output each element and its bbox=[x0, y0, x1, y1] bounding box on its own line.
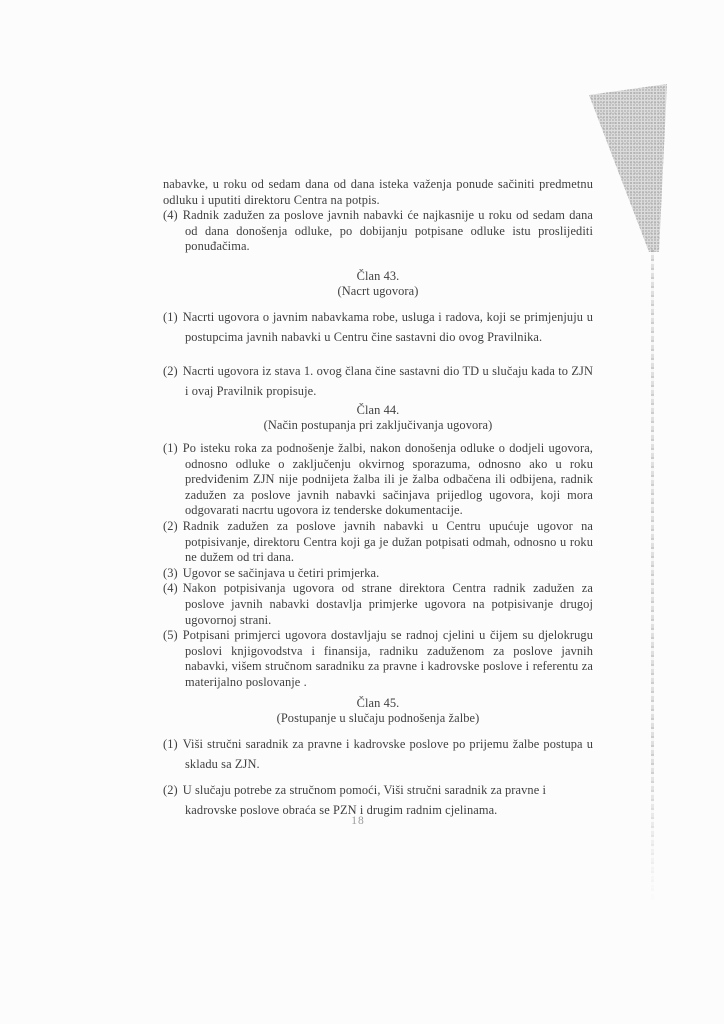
page-number: 18 bbox=[340, 815, 376, 827]
list-item: (1)Po isteku roka za podnošenje žalbi, n… bbox=[163, 441, 593, 519]
article-heading: Član 43. (Nacrt ugovora) bbox=[163, 269, 593, 299]
scan-crease-line bbox=[651, 250, 654, 905]
item-text: Po isteku roka za podnošenje žalbi, nako… bbox=[183, 441, 593, 517]
item-marker: (4) bbox=[163, 581, 183, 595]
list-item: (4)Nakon potpisivanja ugovora od strane … bbox=[163, 581, 593, 628]
list-item: (5)Potpisani primjerci ugovora dostavlja… bbox=[163, 628, 593, 690]
list-item: (2)U slučaju potrebe za stručnom pomoći,… bbox=[163, 780, 593, 820]
list-item: (4)Radnik zadužen za poslove javnih naba… bbox=[163, 208, 593, 255]
item-marker: (3) bbox=[163, 566, 183, 580]
item-marker: (5) bbox=[163, 628, 183, 642]
article-title: Član 43. bbox=[163, 269, 593, 284]
article-title: Član 44. bbox=[163, 403, 593, 418]
list-item: (1)Nacrti ugovora o javnim nabavkama rob… bbox=[163, 307, 593, 347]
article-subtitle: (Nacrt ugovora) bbox=[163, 284, 593, 299]
item-text: Potpisani primjerci ugovora dostavljaju … bbox=[183, 628, 593, 689]
item-text: Viši stručni saradnik za pravne i kadrov… bbox=[183, 737, 593, 771]
item-text: Ugovor se sačinjava u četiri primjerka. bbox=[183, 566, 380, 580]
document-body: nabavke, u roku od sedam dana od dana is… bbox=[163, 177, 593, 820]
scan-fold-artifact bbox=[585, 80, 671, 252]
item-marker: (2) bbox=[163, 364, 183, 378]
item-marker: (1) bbox=[163, 441, 183, 455]
item-marker: (2) bbox=[163, 783, 183, 797]
list-item: (3)Ugovor se sačinjava u četiri primjerk… bbox=[163, 566, 593, 582]
intro-continuation-paragraph: nabavke, u roku od sedam dana od dana is… bbox=[163, 177, 593, 208]
item-marker: (1) bbox=[163, 310, 183, 324]
item-text: Nacrti ugovora iz stava 1. ovog člana či… bbox=[183, 364, 593, 398]
item-text: Nacrti ugovora o javnim nabavkama robe, … bbox=[183, 310, 593, 344]
article-subtitle: (Način postupanja pri zaključivanja ugov… bbox=[163, 418, 593, 433]
item-text: Radnik zadužen za poslove javnih nabavki… bbox=[183, 519, 593, 564]
article-title: Član 45. bbox=[163, 696, 593, 711]
item-text: Nakon potpisivanja ugovora od strane dir… bbox=[183, 581, 593, 626]
list-item: (2)Nacrti ugovora iz stava 1. ovog člana… bbox=[163, 361, 593, 401]
scanned-document-page: nabavke, u roku od sedam dana od dana is… bbox=[0, 0, 724, 1024]
list-item: (1)Viši stručni saradnik za pravne i kad… bbox=[163, 734, 593, 774]
article-subtitle: (Postupanje u slučaju podnošenja žalbe) bbox=[163, 711, 593, 726]
item-text: U slučaju potrebe za stručnom pomoći, Vi… bbox=[183, 783, 546, 817]
list-item: (2)Radnik zadužen za poslove javnih naba… bbox=[163, 519, 593, 566]
item-marker: (2) bbox=[163, 519, 183, 533]
item-marker: (1) bbox=[163, 737, 183, 751]
item-marker: (4) bbox=[163, 208, 183, 222]
article-heading: Član 44. (Način postupanja pri zaključiv… bbox=[163, 403, 593, 433]
item-text: Radnik zadužen za poslove javnih nabavki… bbox=[183, 208, 593, 253]
article-heading: Član 45. (Postupanje u slučaju podnošenj… bbox=[163, 696, 593, 726]
